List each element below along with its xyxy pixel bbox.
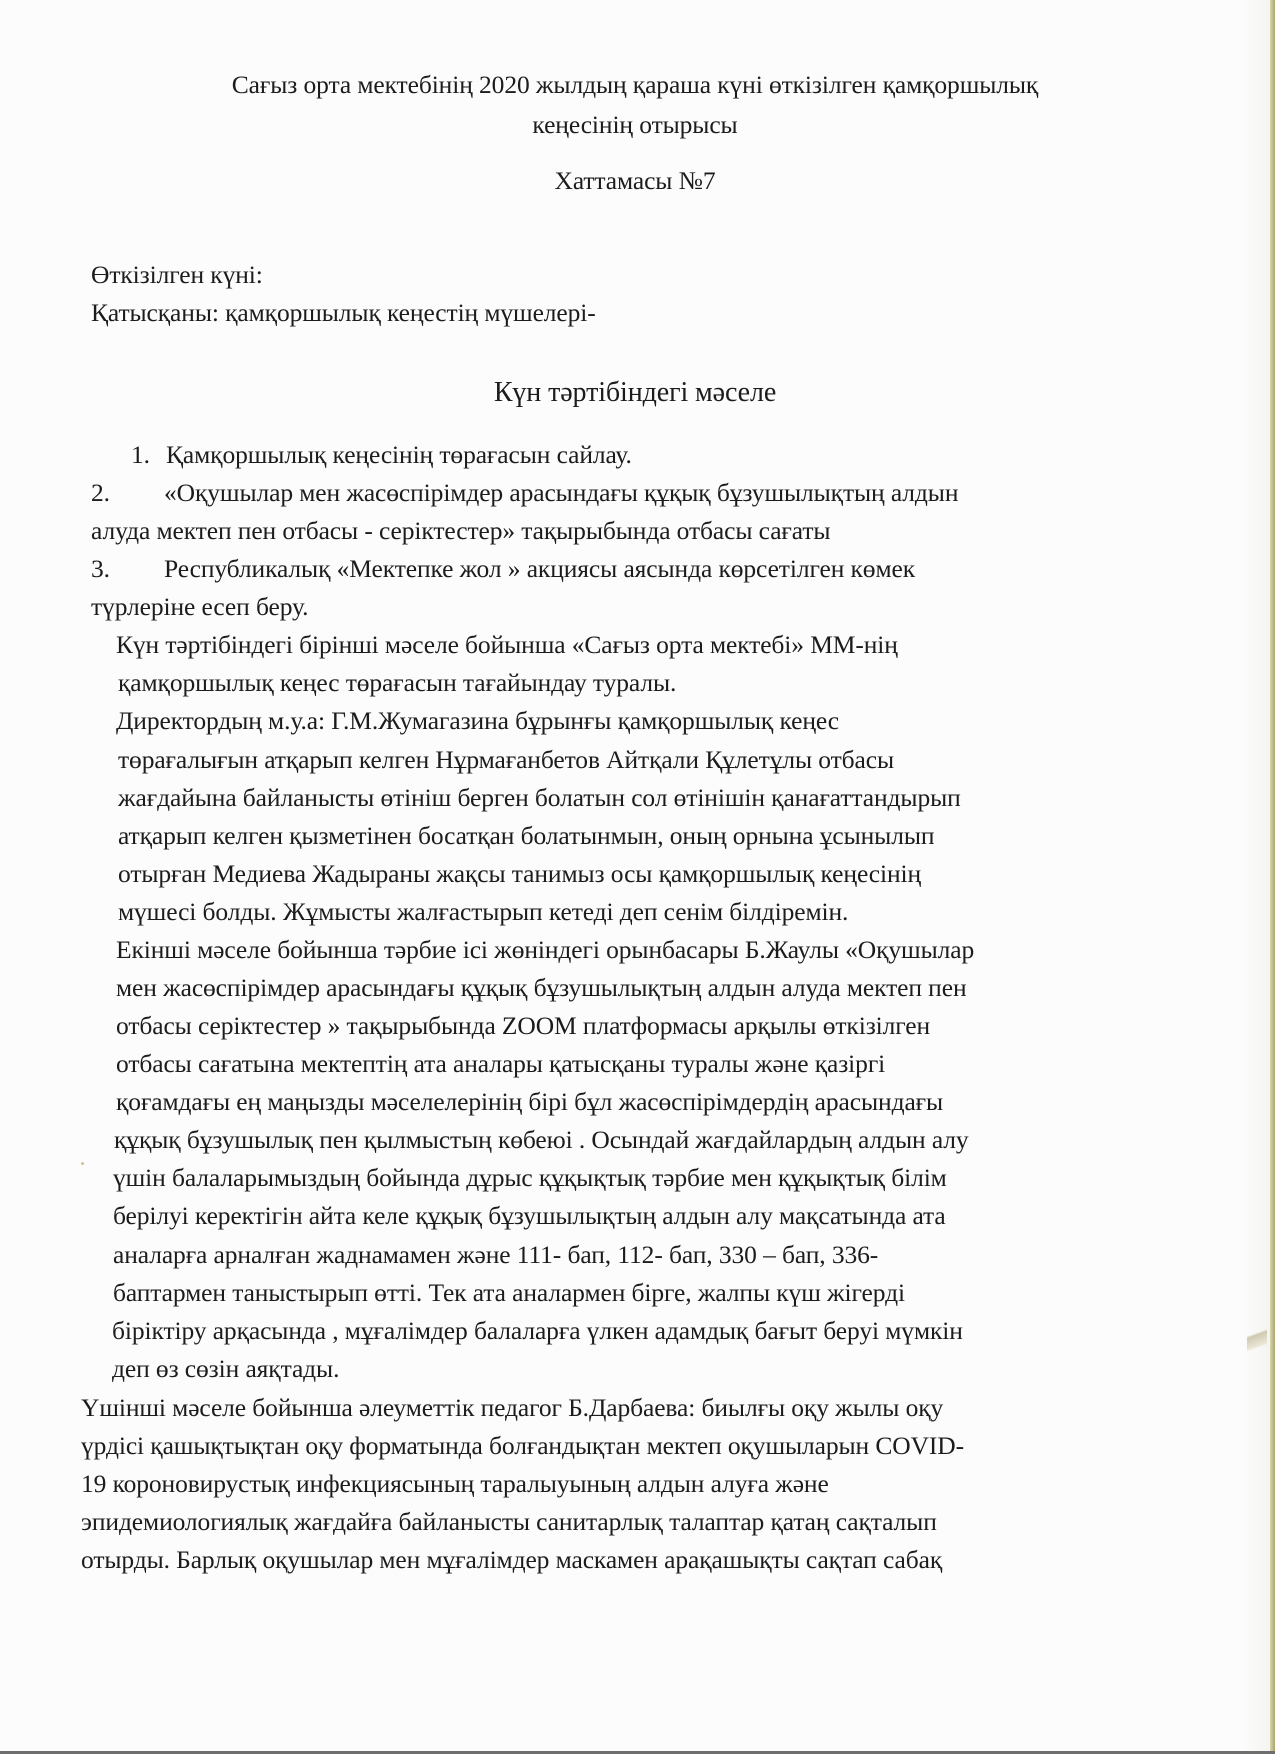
body-line: аналарға арналған жаднамамен және 111- б… [113, 1240, 878, 1270]
third-issue-line: Үшінші мәселе бойынша әлеуметтік педагог… [81, 1393, 943, 1423]
body-line: Екінші мәселе бойынша тәрбие ісі жөнінде… [116, 935, 974, 965]
date-label: Өткізілген күні: [91, 260, 263, 290]
body-line: атқарып келген қызметінен босатқан болат… [118, 821, 934, 851]
body-line: мүшесі болды. Жұмысты жалғастырып кетеді… [118, 897, 848, 927]
agenda-heading: Күн тәртібіндегі мәселе [25, 378, 1245, 408]
document-title-line-1: Сағыз орта мектебінің 2020 жылдың қараша… [25, 70, 1245, 100]
third-issue-line: эпидемиологиялық жағдайға байланысты сан… [81, 1507, 937, 1537]
third-issue-line: отырды. Барлық оқушылар мен мұғалімдер м… [81, 1545, 942, 1575]
agenda-item-2-text-line-2: алуда мектеп пен отбасы - серіктестер» т… [91, 516, 830, 546]
body-line: біріктіру арқасында , мұғалімдер балалар… [112, 1316, 963, 1346]
scan-edge-right [1270, 0, 1275, 1754]
body-line: отбасы серіктестер » тақырыбында ZOOM пл… [116, 1011, 930, 1041]
body-line: үшін балаларымыздың бойында дұрыс құқықт… [113, 1163, 947, 1193]
body-line: отбасы сағатына мектептің ата аналары қа… [116, 1049, 885, 1079]
body-line: отырған Медиева Жадыраны жақсы танимыз о… [118, 859, 921, 889]
agenda-item-3-number: 3. [91, 554, 110, 584]
body-line: мен жасөспірімдер арасындағы құқық бұзуш… [116, 973, 967, 1003]
agenda-item-1-text: Қамқоршылық кеңесінің төрағасын сайлау. [166, 440, 632, 470]
agenda-item-3-text-line-1: Республикалық «Мектепке жол » акциясы ая… [164, 554, 915, 584]
body-line: берілуі керектігін айта келе құқық бұзуш… [113, 1201, 946, 1231]
body-line: Директордың м.у.а: Г.М.Жумагазина бұрынғ… [116, 706, 839, 736]
agenda-item-2-number: 2. [91, 478, 110, 508]
paper-fold-mark [1247, 1318, 1267, 1356]
body-line: Күн тәртібіндегі бірінші мәселе бойынша … [116, 630, 898, 660]
third-issue-line: 19 короновирустық инфекциясының таралыуы… [81, 1469, 829, 1499]
body-line: жағдайына байланысты өтініш берген болат… [118, 783, 961, 813]
scan-edge-shadow [1242, 0, 1270, 1754]
scan-speck [81, 1162, 84, 1165]
document-title-line-2: кеңесінің отырысы [25, 110, 1245, 140]
scanned-page: Сағыз орта мектебінің 2020 жылдың қараша… [0, 0, 1275, 1754]
protocol-number: Хаттамасы №7 [25, 166, 1245, 196]
body-line: қамқоршылық кеңес төрағасын тағайындау т… [118, 668, 676, 698]
body-line: деп өз сөзін аяқтады. [112, 1354, 339, 1384]
agenda-item-2-text-line-1: «Оқушылар мен жасөспірімдер арасындағы қ… [164, 478, 958, 508]
body-line: төрағалығын атқарып келген Нұрмағанбетов… [118, 745, 894, 775]
body-line: құқық бұзушылық пен қылмыстың көбеюі . О… [114, 1125, 969, 1155]
agenda-item-1-number: 1. [131, 440, 150, 470]
body-line: баптармен таныстырып өтті. Тек ата анала… [113, 1278, 905, 1308]
agenda-item-3-text-line-2: түрлеріне есеп беру. [91, 592, 308, 622]
body-line: қоғамдағы ең маңызды мәселелерінің бірі … [116, 1087, 943, 1117]
third-issue-line: үрдісі қашықтықтан оқу форматында болған… [81, 1431, 964, 1461]
attendees-label: Қатысқаны: қамқоршылық кеңестің мүшелері… [91, 298, 596, 328]
